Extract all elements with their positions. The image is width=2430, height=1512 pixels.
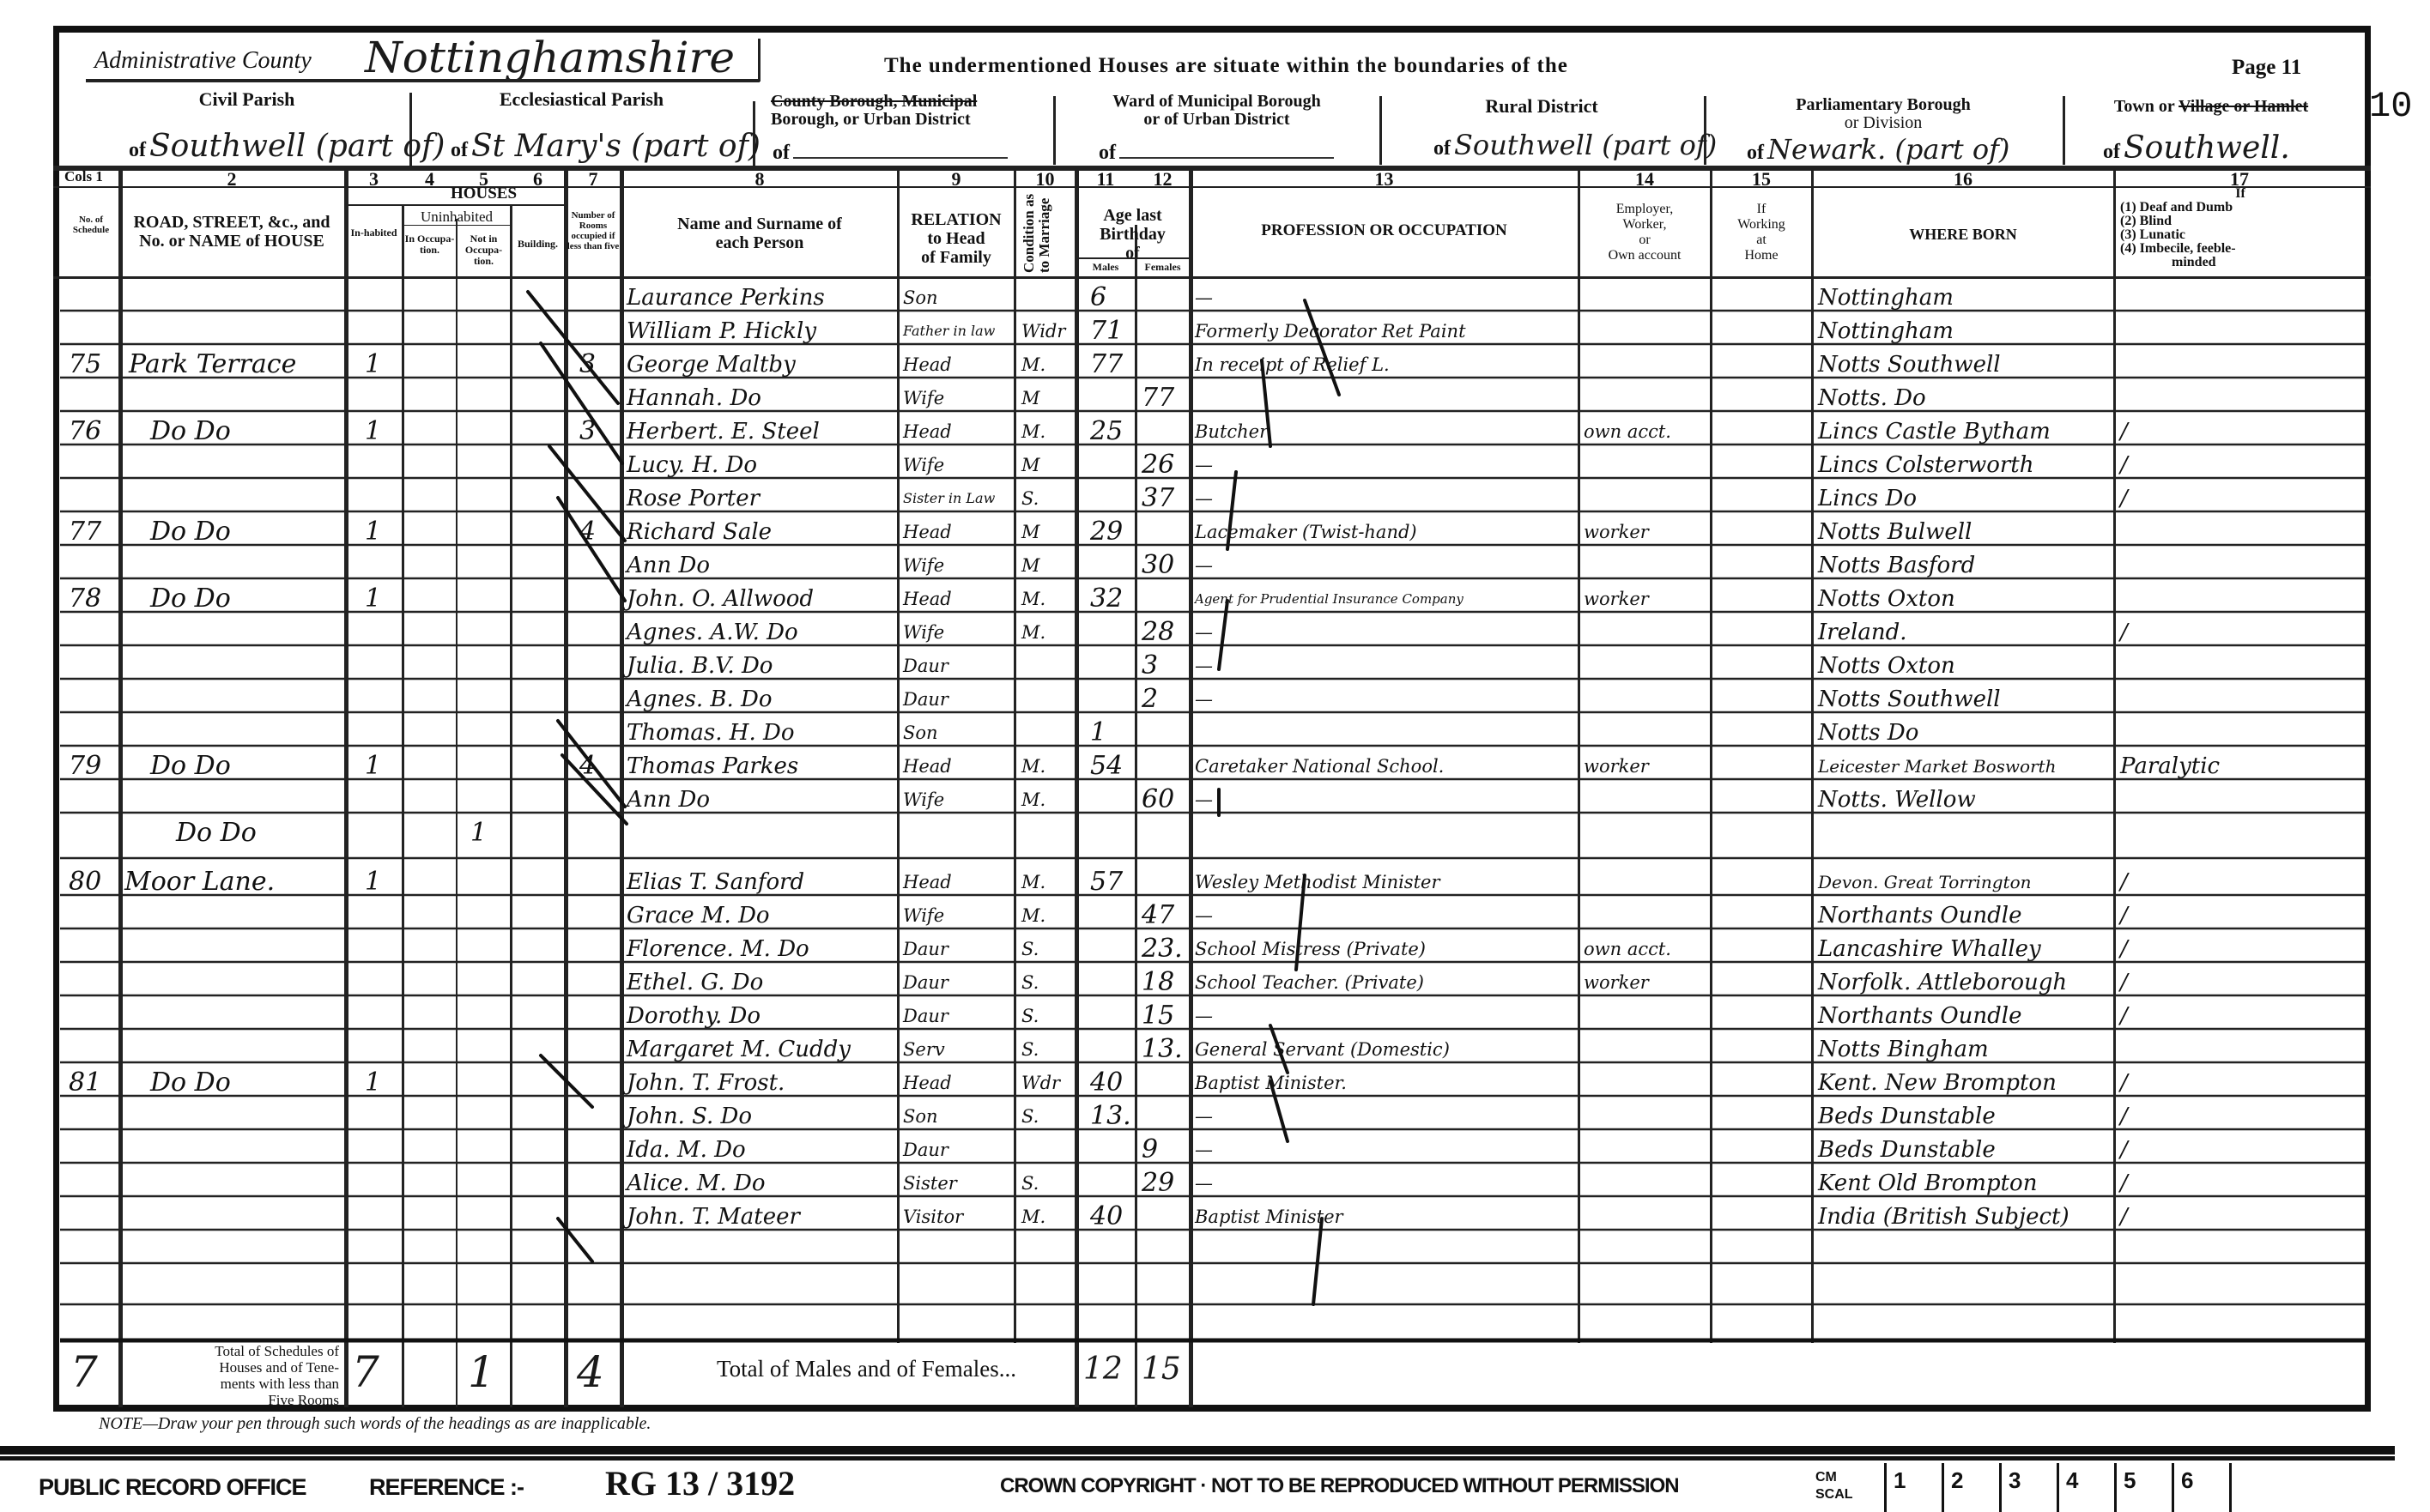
age-header: Age last Birthday of (1076, 206, 1189, 263)
of-label: of (1433, 137, 1451, 160)
name-cell: Margaret M. Cuddy (627, 1031, 851, 1064)
colnum-8: 8 (622, 168, 897, 191)
parliamentary-borough-value: Newark. (part of) (1767, 133, 2009, 166)
employer-header-line2: Worker, (1579, 217, 1710, 233)
infirmity-cell: / (2120, 614, 2128, 647)
female-age-cell: 23. (1142, 930, 1183, 964)
total-males-value: 12 (1083, 1352, 1123, 1387)
name-cell: Julia. B.V. Do (627, 647, 773, 680)
colnum-10: 10 (1015, 168, 1075, 191)
occupation-cell: — (1195, 680, 1213, 714)
male-age-cell: 77 (1090, 346, 1123, 379)
colnum-16: 16 (1813, 168, 2113, 191)
relation-cell: Head (903, 513, 952, 547)
schedule-cell: 81 (69, 1064, 101, 1098)
town-label-struck: Village or Hamlet (2179, 97, 2308, 116)
total-label-line4: Five Rooms (124, 1392, 339, 1408)
of-label: of (2103, 141, 2120, 163)
name-cell: Ida. M. Do (627, 1131, 746, 1164)
inhabited-cell: 1 (365, 580, 381, 614)
uninhabited-rule (403, 225, 510, 226)
males-header: Males (1076, 262, 1135, 273)
scale-mark-6: 6 (2172, 1463, 2193, 1512)
relation-cell: Wife (903, 547, 944, 580)
inhabited-cell: 1 (365, 413, 381, 446)
occupation-cell: School Teacher. (Private) (1195, 964, 1424, 997)
born-cell: Lincs Colsterworth (1818, 446, 2034, 480)
colnum-2: 2 (120, 168, 343, 191)
ward-label: Ward of Municipal Borough or of Urban Di… (1056, 93, 1378, 129)
female-age-cell: 15 (1142, 997, 1174, 1031)
town-label: Town or Village or Hamlet (2065, 96, 2357, 117)
rooms-cell: 4 (579, 513, 596, 547)
road-header-line1: ROAD, STREET, &c., and (120, 213, 343, 232)
schedule-cell: 75 (69, 346, 101, 379)
schedule-cell: 77 (69, 513, 101, 547)
occupation-cell: Formerly Decorator Ret Paint (1195, 312, 1466, 346)
table-row: 75 Park Terrace 1 3 George Maltby Head M… (0, 346, 2430, 379)
of-label: of (129, 139, 146, 161)
relation-cell: Head (903, 346, 952, 379)
name-cell: John. S. Do (627, 1098, 752, 1131)
home-header: If Working at Home (1712, 202, 1811, 263)
name-cell: Ann Do (627, 547, 710, 580)
parliamentary-label-line1: Parliamentary Borough (1706, 96, 2060, 114)
building-header: Building. (512, 239, 564, 250)
name-cell: Elias T. Sanford (627, 863, 804, 897)
born-cell: Lincs Castle Bytham (1818, 413, 2051, 446)
schedule-cell: 78 (69, 580, 101, 614)
civil-parish-label: Civil Parish (86, 89, 408, 110)
table-row: Florence. M. Do Daur S. 23. School Mistr… (0, 930, 2430, 964)
male-age-cell: 71 (1090, 312, 1123, 346)
born-cell: Notts Southwell (1818, 346, 2001, 379)
condition-cell: M. (1021, 580, 1045, 614)
table-row: William P. Hickly Father in law Widr 71 … (0, 312, 2430, 346)
civil-parish-field: of Southwell (part of) (129, 129, 445, 164)
total-label-line1: Total of Schedules of (124, 1343, 339, 1359)
infirmity-cell: / (2120, 897, 2128, 930)
colnum-3: 3 (346, 168, 402, 191)
relation-header-line2: to Head (899, 229, 1014, 248)
infirmity-cell: / (2120, 1098, 2128, 1131)
name-cell: George Maltby (627, 346, 796, 379)
relation-cell: Sister (903, 1164, 957, 1198)
colnum-13: 13 (1191, 168, 1578, 191)
relation-cell: Son (903, 279, 938, 312)
colnum-15: 15 (1712, 168, 1811, 191)
condition-cell: Wdr (1021, 1064, 1060, 1098)
total-inhabited-value: 7 (352, 1347, 379, 1397)
total-label-line3: ments with less than (124, 1376, 339, 1392)
born-cell: Nottingham (1818, 312, 1954, 346)
relation-cell: Sister in Law (903, 480, 995, 513)
infirmity-cell: Paralytic (2120, 747, 2220, 781)
colnum-12: 12 (1136, 168, 1189, 191)
relation-cell: Father in law (903, 312, 995, 346)
address-cell: Do Do (176, 814, 257, 848)
table-row: Margaret M. Cuddy Serv S. 13. General Se… (0, 1031, 2430, 1064)
relation-cell: Head (903, 863, 952, 897)
address-cell: Moor Lane. (124, 863, 275, 897)
colnum-1: Cols 1 (64, 168, 120, 185)
relation-cell: Visitor (903, 1198, 963, 1231)
female-age-cell: 28 (1142, 614, 1174, 647)
admin-underline (86, 79, 760, 82)
condition-cell: S. (1021, 964, 1039, 997)
relation-cell: Serv (903, 1031, 945, 1064)
female-age-cell: 77 (1142, 379, 1174, 413)
reference-value: RG 13 / 3192 (605, 1463, 795, 1503)
inhabited-cell: 1 (365, 513, 381, 547)
address-cell: Do Do (150, 747, 231, 781)
female-age-cell: 60 (1142, 781, 1174, 814)
female-age-cell: 2 (1142, 680, 1158, 714)
address-cell: Do Do (150, 580, 231, 614)
employer-cell: worker (1584, 964, 1649, 997)
table-row: Agnes. B. Do Daur 2 — Notts Southwell (0, 680, 2430, 714)
name-cell: Ethel. G. Do (627, 964, 763, 997)
born-cell: Norfolk. Attleborough (1818, 964, 2067, 997)
occupation-cell: — (1195, 547, 1213, 580)
female-age-cell: 30 (1142, 547, 1174, 580)
schedule-cell: 79 (69, 747, 101, 781)
female-age-cell: 13. (1142, 1031, 1183, 1064)
age-header-line2: Birthday (1076, 225, 1189, 244)
infirmity-cell: / (2120, 1131, 2128, 1164)
inhabited-header: In-habited (346, 227, 402, 239)
condition-cell: S. (1021, 480, 1039, 513)
road-header-line2: No. or NAME of HOUSE (120, 232, 343, 251)
occupation-cell: — (1195, 781, 1213, 814)
employer-cell: worker (1584, 580, 1649, 614)
inhabited-cell: 1 (365, 863, 381, 897)
table-row: Dorothy. Do Daur S. 15 — Northants Oundl… (0, 997, 2430, 1031)
condition-cell: M. (1021, 863, 1045, 897)
town-field: of Southwell. (2103, 130, 2290, 166)
of-label: of (1747, 142, 1764, 164)
infirmity-option-3: (3) Lunatic (2120, 228, 2360, 242)
boundaries-heading: The undermentioned Houses are situate wi… (884, 54, 1568, 78)
home-header-line3: at (1712, 233, 1811, 248)
occupation-cell: In receipt of Relief L. (1195, 346, 1390, 379)
table-row: Julia. B.V. Do Daur 3 — Notts Oxton (0, 647, 2430, 680)
relation-cell: Son (903, 1098, 938, 1131)
occupation-cell: Butcher (1195, 413, 1268, 446)
condition-cell: M. (1021, 897, 1045, 930)
male-age-cell: 13. (1090, 1098, 1131, 1131)
female-age-cell: 29 (1142, 1164, 1174, 1198)
table-row: Ann Do Wife M 30 — Notts Basford (0, 547, 2430, 580)
born-cell: Notts Do (1818, 714, 1918, 747)
relation-cell: Wife (903, 781, 944, 814)
born-cell: Leicester Market Bosworth (1818, 747, 2057, 781)
table-row: Do Do 1 (0, 814, 2430, 848)
admin-county-label: Administrative County (94, 47, 312, 75)
name-cell: John. O. Allwood (627, 580, 814, 614)
rooms-cell: 4 (579, 747, 596, 781)
reference-label: REFERENCE :- (369, 1474, 524, 1501)
civil-parish-value: Southwell (part of) (149, 129, 445, 164)
occupation-cell: Wesley Methodist Minister (1195, 863, 1440, 897)
occupation-cell: — (1195, 647, 1213, 680)
relation-cell: Head (903, 580, 952, 614)
address-cell: Park Terrace (129, 346, 296, 379)
employer-header-line4: Own account (1579, 248, 1710, 263)
occupation-cell: General Servant (Domestic) (1195, 1031, 1450, 1064)
male-age-cell: 40 (1090, 1064, 1123, 1098)
name-cell: Lucy. H. Do (627, 446, 757, 480)
schedule-cell: 80 (69, 863, 101, 897)
female-age-cell: 3 (1142, 647, 1158, 680)
schedule-cell: 76 (69, 413, 101, 446)
table-row: Ann Do Wife M. 60 — Notts. Wellow (0, 781, 2430, 814)
condition-cell: M (1021, 379, 1040, 413)
name-cell: Ann Do (627, 781, 710, 814)
table-row: Ida. M. Do Daur 9 — Beds Dunstable / (0, 1131, 2430, 1164)
born-cell: Beds Dunstable (1818, 1098, 1996, 1131)
table-row: Grace M. Do Wife M. 47 — Northants Oundl… (0, 897, 2430, 930)
uninhabited-header: Uninhabited (403, 208, 510, 227)
county-borough-label: County Borough, Municipal Borough, or Ur… (755, 93, 1063, 129)
born-cell: Northants Oundle (1818, 897, 2021, 930)
female-age-cell: 37 (1142, 480, 1174, 513)
relation-cell: Wife (903, 446, 944, 480)
born-cell: Beds Dunstable (1818, 1131, 1996, 1164)
condition-cell: S. (1021, 1098, 1039, 1131)
parliamentary-borough-label: Parliamentary Borough or Division (1706, 96, 2060, 132)
rural-district-field: of Southwell (part of) (1433, 129, 1717, 161)
address-cell: Do Do (150, 1064, 231, 1098)
table-row: 76 Do Do 1 3 Herbert. E. Steel Head M. 2… (0, 413, 2430, 446)
name-cell: John. T. Frost. (627, 1064, 785, 1098)
houses-rule (346, 204, 564, 206)
scale-mark-5: 5 (2114, 1463, 2136, 1512)
relation-cell: Wife (903, 379, 944, 413)
female-age-cell: 26 (1142, 446, 1174, 480)
condition-cell: M. (1021, 614, 1045, 647)
colnum-9: 9 (899, 168, 1014, 191)
occupation-cell: — (1195, 446, 1213, 480)
folio-number: 10 (2369, 86, 2412, 127)
total-schedules-label: Total of Schedules of Houses and of Tene… (124, 1343, 339, 1408)
relation-cell: Daur (903, 964, 948, 997)
scale-label-line2: SCAL (1815, 1486, 1853, 1503)
employer-cell: own acct. (1584, 413, 1671, 446)
born-cell: Notts. Wellow (1818, 781, 1976, 814)
table-row: 81 Do Do 1 John. T. Frost. Head Wdr 40 B… (0, 1064, 2430, 1098)
scale-label-line1: CM (1815, 1469, 1853, 1486)
town-label-text: Town or (2114, 97, 2175, 116)
table-row: 79 Do Do 1 4 Thomas Parkes Head M. 54 Ca… (0, 747, 2430, 781)
ward-field: of (1099, 142, 1334, 165)
not-in-occupation-header: Not in Occupa-tion. (458, 233, 510, 267)
admin-box-edge (758, 39, 761, 82)
houses-header: HOUSES (403, 184, 564, 203)
uninhabited-cell: 1 (470, 814, 487, 848)
born-cell: Kent Old Brompton (1818, 1164, 2037, 1198)
scale-mark-3: 3 (1999, 1463, 2021, 1512)
female-age-cell: 9 (1142, 1131, 1158, 1164)
note-text: NOTE—Draw your pen through such words of… (99, 1414, 651, 1434)
relation-cell: Daur (903, 930, 948, 964)
relation-header: RELATION to Head of Family (899, 210, 1014, 267)
rooms-cell: 3 (579, 413, 596, 446)
county-borough-value (793, 157, 1008, 159)
occupation-cell: Baptist Minister (1195, 1198, 1343, 1231)
occupation-cell: — (1195, 1131, 1213, 1164)
where-born-header: WHERE BORN (1813, 225, 2113, 244)
name-cell: Dorothy. Do (627, 997, 761, 1031)
born-cell: Lincs Do (1818, 480, 1917, 513)
home-header-line4: Home (1712, 248, 1811, 263)
name-cell: Agnes. B. Do (627, 680, 773, 714)
name-cell: Alice. M. Do (627, 1164, 766, 1198)
relation-cell: Daur (903, 647, 948, 680)
relation-cell: Head (903, 747, 952, 781)
inhabited-cell: 1 (365, 1064, 381, 1098)
name-cell: Grace M. Do (627, 897, 770, 930)
table-row: 80 Moor Lane. 1 Elias T. Sanford Head M.… (0, 863, 2430, 897)
born-cell: Northants Oundle (1818, 997, 2021, 1031)
age-header-line1: Age last (1076, 206, 1189, 225)
schedule-header: No. of Schedule (64, 215, 118, 235)
occupation-header: PROFESSION OR OCCUPATION (1191, 221, 1578, 240)
male-age-cell: 6 (1090, 279, 1106, 312)
employer-cell: worker (1584, 747, 1649, 781)
relation-cell: Head (903, 1064, 952, 1098)
relation-cell: Son (903, 714, 938, 747)
infirmity-cell: / (2120, 964, 2128, 997)
colnum-14: 14 (1579, 168, 1710, 191)
total-schedules-value: 7 (70, 1347, 98, 1397)
condition-cell: M. (1021, 346, 1045, 379)
name-cell: Thomas. H. Do (627, 714, 794, 747)
infirmity-cell: / (2120, 1164, 2128, 1198)
relation-cell: Daur (903, 680, 948, 714)
name-cell: Thomas Parkes (627, 747, 798, 781)
infirmity-cell: / (2120, 1064, 2128, 1098)
occupation-cell: — (1195, 1164, 1213, 1198)
relation-cell: Daur (903, 997, 948, 1031)
scale-mark-4: 4 (2057, 1463, 2078, 1512)
occupation-cell: — (1195, 614, 1213, 647)
name-cell: Hannah. Do (627, 379, 761, 413)
male-age-cell: 54 (1090, 747, 1123, 781)
born-cell: Notts Bulwell (1818, 513, 1972, 547)
condition-cell: M. (1021, 747, 1045, 781)
condition-cell: M (1021, 547, 1040, 580)
ward-value (1119, 157, 1334, 159)
table-row: Laurance Perkins Son 6 — Nottingham (0, 279, 2430, 312)
infirmity-header: If (1) Deaf and Dumb (2) Blind (3) Lunat… (2120, 187, 2360, 269)
parliamentary-borough-field: of Newark. (part of) (1747, 133, 2009, 166)
occupation-cell: Lacemaker (Twist-hand) (1195, 513, 1417, 547)
born-cell: Notts. Do (1818, 379, 1926, 413)
occupation-cell: Baptist Minister. (1195, 1064, 1347, 1098)
born-cell: Kent. New Brompton (1818, 1064, 2057, 1098)
condition-cell: S. (1021, 930, 1039, 964)
male-age-cell: 25 (1090, 413, 1123, 446)
table-row: Rose Porter Sister in Law S. 37 — Lincs … (0, 480, 2430, 513)
occupation-cell: Caretaker National School. (1195, 747, 1444, 781)
ecclesiastical-parish-value: St Mary's (part of) (471, 129, 761, 164)
employer-header-line3: or (1579, 233, 1710, 248)
name-cell: Rose Porter (627, 480, 760, 513)
infirmity-cell: / (2120, 997, 2128, 1031)
table-row: John. T. Mateer Visitor M. 40 Baptist Mi… (0, 1198, 2430, 1231)
county-borough-field: of (773, 142, 1008, 165)
female-age-cell: 47 (1142, 897, 1174, 930)
condition-header: Condition as to Marriage (1021, 191, 1071, 273)
relation-cell: Daur (903, 1131, 948, 1164)
born-cell: Notts Oxton (1818, 580, 1955, 614)
name-cell: Florence. M. Do (627, 930, 809, 964)
inhabited-cell: 1 (365, 747, 381, 781)
condition-cell: M (1021, 446, 1040, 480)
occupation-cell: — (1195, 997, 1213, 1031)
females-header: Females (1136, 262, 1189, 273)
name-header-line2: each Person (622, 233, 897, 252)
admin-county-value: Nottinghamshire (365, 33, 735, 82)
table-row: Agnes. A.W. Do Wife M. 28 — Ireland. / (0, 614, 2430, 647)
infirmity-option-4: (4) Imbecile, feeble- (2120, 242, 2360, 256)
colnum-11: 11 (1076, 168, 1135, 191)
age-rule (1076, 257, 1189, 259)
rural-district-value: Southwell (part of) (1454, 129, 1717, 161)
of-label: of (773, 142, 790, 164)
public-record-office-label: PUBLIC RECORD OFFICE (39, 1474, 306, 1501)
female-age-cell: 18 (1142, 964, 1174, 997)
male-age-cell: 32 (1090, 580, 1123, 614)
born-cell: Notts Basford (1818, 547, 1975, 580)
male-age-cell: 1 (1090, 714, 1106, 747)
home-header-line2: Working (1712, 217, 1811, 233)
condition-cell: S. (1021, 1031, 1039, 1064)
condition-cell: S. (1021, 1164, 1039, 1198)
condition-cell: M. (1021, 781, 1045, 814)
rooms-header: Number of Rooms occupied if less than fi… (567, 210, 620, 251)
ward-label-line1: Ward of Municipal Borough (1056, 93, 1378, 111)
page-number: Page 11 (2232, 56, 2301, 80)
employer-header-line1: Employer, (1579, 202, 1710, 217)
cm-scale-label: CM SCAL (1815, 1469, 1853, 1503)
in-occupation-header: In Occupa-tion. (403, 233, 456, 256)
occupation-cell: — (1195, 1098, 1213, 1131)
table-row: Hannah. Do Wife M 77 Notts. Do (0, 379, 2430, 413)
county-borough-label-line1: County Borough, Municipal (771, 92, 977, 111)
table-row: Ethel. G. Do Daur S. 18 School Teacher. … (0, 964, 2430, 997)
name-header-line1: Name and Surname of (622, 215, 897, 233)
age-header-line3: of (1076, 244, 1189, 263)
table-row: Alice. M. Do Sister S. 29 — Kent Old Bro… (0, 1164, 2430, 1198)
home-header-line1: If (1712, 202, 1811, 217)
condition-cell: M. (1021, 413, 1045, 446)
scale-mark-end (2229, 1463, 2239, 1512)
census-page: Administrative County Nottinghamshire Th… (0, 0, 2430, 1512)
colnum-7: 7 (567, 168, 620, 191)
occupation-cell: — (1195, 897, 1213, 930)
total-males-females-label: Total of Males and of Females... (717, 1356, 1016, 1382)
town-value: Southwell. (2124, 130, 2290, 166)
total-rooms-value: 4 (577, 1347, 604, 1397)
infirmity-option-1: (1) Deaf and Dumb (2120, 201, 2360, 215)
parliamentary-label-line2: or Division (1706, 114, 2060, 132)
scale-mark-2: 2 (1942, 1463, 1963, 1512)
occupation-cell: — (1195, 279, 1213, 312)
infirmity-option-2: (2) Blind (2120, 215, 2360, 228)
infirmity-cell: / (2120, 1198, 2128, 1231)
